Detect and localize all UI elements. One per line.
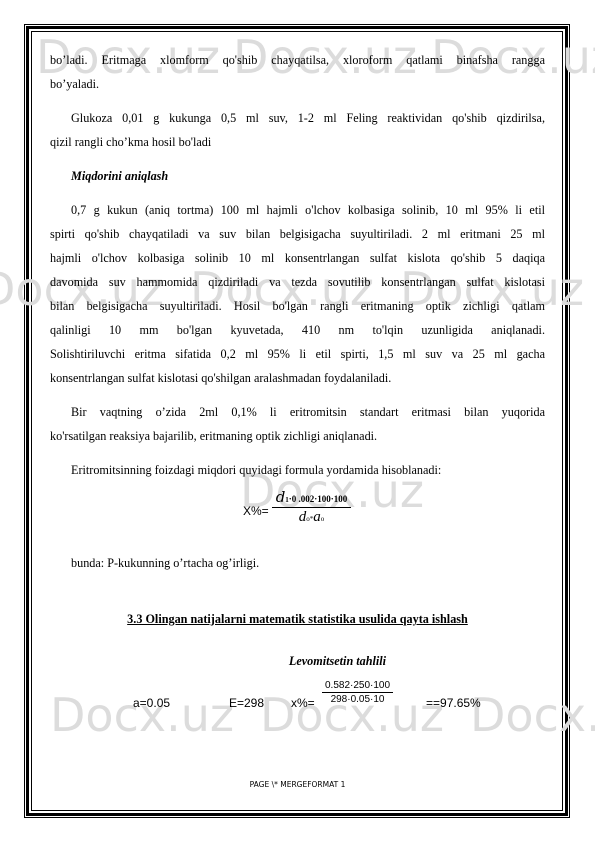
paragraph-line: bo’ladi. Eritmaga xlomform qo'shib chayq…: [50, 48, 545, 72]
formula-eritromitsin: X%= d1·0 .002·100·100 do*ao: [243, 488, 351, 526]
paragraph-line: Solishtiriluvchi eritma sifatida 0,2 ml …: [50, 342, 545, 366]
paragraph-2: Glukoza 0,01 g kukunga 0,5 ml suv, 1-2 m…: [50, 106, 545, 154]
calc-numerator: 0.582·250·100: [322, 680, 393, 693]
section-title: 3.3 Olingan natijalarni matematik statis…: [0, 612, 595, 627]
calc-x-label: x%=: [291, 696, 315, 710]
formula-fraction: d1·0 .002·100·100 do*ao: [272, 488, 352, 526]
formula-lhs: X%=: [243, 504, 269, 518]
paragraph-line: hajmli o'lchov kolbasiga solinib 10 ml k…: [50, 246, 545, 270]
paragraph-line: davomida suv hammomida qizdiriladi va te…: [50, 270, 545, 294]
calc-result: ==97.65%: [426, 696, 481, 710]
formula-sub: o: [321, 515, 325, 523]
note-text: bunda: P-kukunning o’rtacha og’irligi.: [71, 553, 259, 573]
paragraph-1: bo’ladi. Eritmaga xlomform qo'shib chayq…: [50, 48, 545, 96]
paragraph-4: Bir vaqtning o’zida 2ml 0,1% li eritromi…: [50, 400, 545, 448]
calc-denominator: 298·0.05·10: [322, 693, 393, 705]
subheading-miqdorini: Miqdorini aniqlash: [50, 164, 545, 188]
formula-denominator: do*ao: [272, 508, 352, 526]
calc-e: E=298: [229, 696, 264, 710]
paragraph-line: qalinligi 10 mm bo'lgan kyuvetada, 410 n…: [50, 318, 545, 342]
document-body: bo’ladi. Eritmaga xlomform qo'shib chayq…: [50, 48, 545, 492]
paragraph-line: Bir vaqtning o’zida 2ml 0,1% li eritromi…: [50, 400, 545, 424]
paragraph-line: Eritromitsinning foizdagi miqdori quyida…: [71, 458, 545, 482]
paragraph-line: konsentrlangan sulfat kislotasi qo'shilg…: [50, 366, 545, 390]
formula-var: d: [276, 488, 286, 506]
sub-title: Levomitsetin tahlili: [0, 654, 595, 669]
calc-a: a=0.05: [133, 696, 170, 710]
paragraph-5: Eritromitsinning foizdagi miqdori quyida…: [50, 458, 545, 482]
calc-fraction: 0.582·250·100 298·0.05·10: [322, 680, 393, 705]
paragraph-line: Glukoza 0,01 g kukunga 0,5 ml suv, 1-2 m…: [50, 106, 545, 130]
paragraph-line: 0,7 g kukun (aniq tortma) 100 ml hajmli …: [50, 198, 545, 222]
page-footer: PAGE \* MERGEFORMAT 1: [0, 780, 595, 789]
formula-numerator: d1·0 .002·100·100: [272, 488, 352, 508]
formula-num-rest: ·0 .002·100·100: [289, 494, 348, 504]
paragraph-3: 0,7 g kukun (aniq tortma) 100 ml hajmli …: [50, 198, 545, 390]
paragraph-line: qizil rangli cho’kma hosil bo'ladi: [50, 130, 545, 154]
paragraph-line: bo’yaladi.: [50, 72, 545, 96]
formula-var: a: [313, 509, 321, 525]
paragraph-line: spirti qo'shib chayqatiladi va suv bilan…: [50, 222, 545, 246]
paragraph-line: bilan belgisigacha suyultiriladi. Hosil …: [50, 294, 545, 318]
paragraph-line: ko'rsatilgan reaksiya bajarilib, eritman…: [50, 424, 545, 448]
